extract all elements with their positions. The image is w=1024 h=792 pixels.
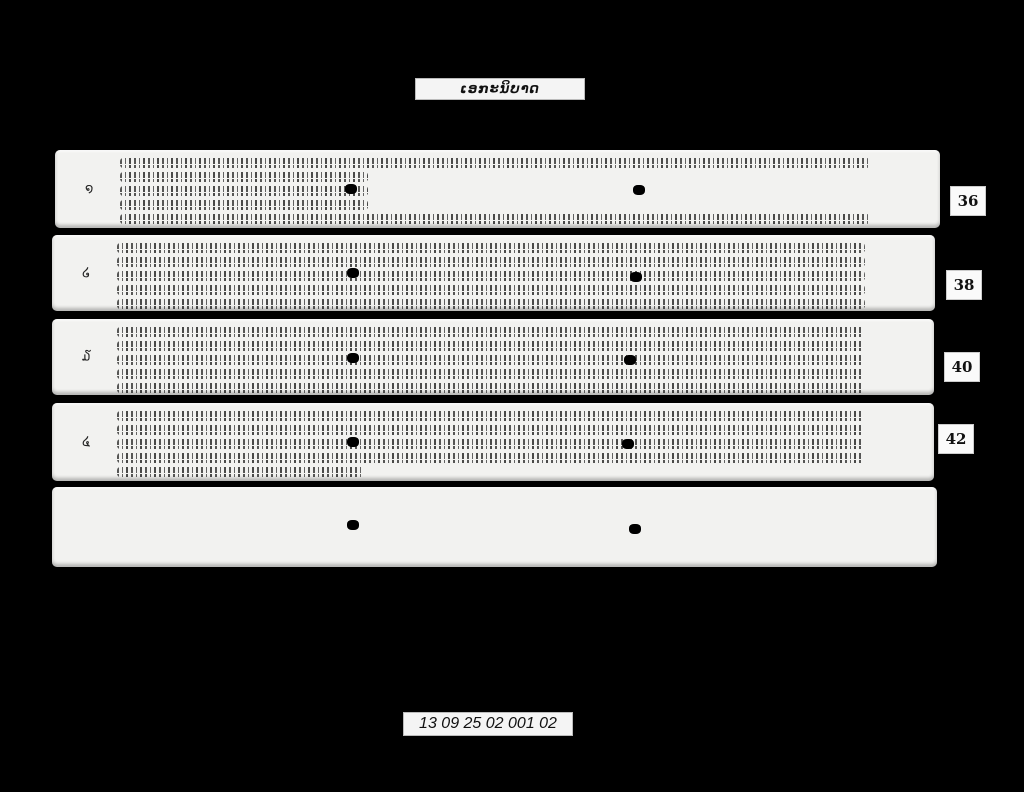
page-number-tag: 40 xyxy=(944,352,980,382)
palm-leaf-2: ໒ xyxy=(52,235,935,311)
leaf-margin-numeral: ໑ xyxy=(85,182,93,197)
microfilm-reel-code: 13 09 25 02 001 02 xyxy=(403,712,573,736)
leaf-script-text xyxy=(117,243,865,303)
palm-leaf-4: ໔ xyxy=(52,403,934,481)
leaf-margin-numeral: ໓ xyxy=(82,350,91,365)
string-hole xyxy=(347,437,359,447)
page-number-tag: 42 xyxy=(938,424,974,454)
leaf-script-text xyxy=(120,158,870,220)
string-hole xyxy=(624,355,636,365)
palm-leaf-1: ໑ xyxy=(55,150,940,228)
leaf-margin-numeral: ໔ xyxy=(82,435,90,450)
string-hole xyxy=(622,439,634,449)
string-hole xyxy=(629,524,641,534)
page-number-tag: 38 xyxy=(946,270,982,300)
string-hole xyxy=(347,520,359,530)
string-hole xyxy=(633,185,645,195)
string-hole xyxy=(345,184,357,194)
string-hole xyxy=(630,272,642,282)
leaf-script-text xyxy=(117,327,864,387)
string-hole xyxy=(347,268,359,278)
palm-leaf-3: ໓ xyxy=(52,319,934,395)
page-number-tag: 36 xyxy=(950,186,986,216)
leaf-margin-numeral: ໒ xyxy=(82,266,90,281)
palm-leaf-5-blank xyxy=(52,487,937,567)
leaf-script-text xyxy=(117,411,864,473)
manuscript-title-label: ເອກະນິບາດ xyxy=(415,78,585,100)
string-hole xyxy=(347,353,359,363)
